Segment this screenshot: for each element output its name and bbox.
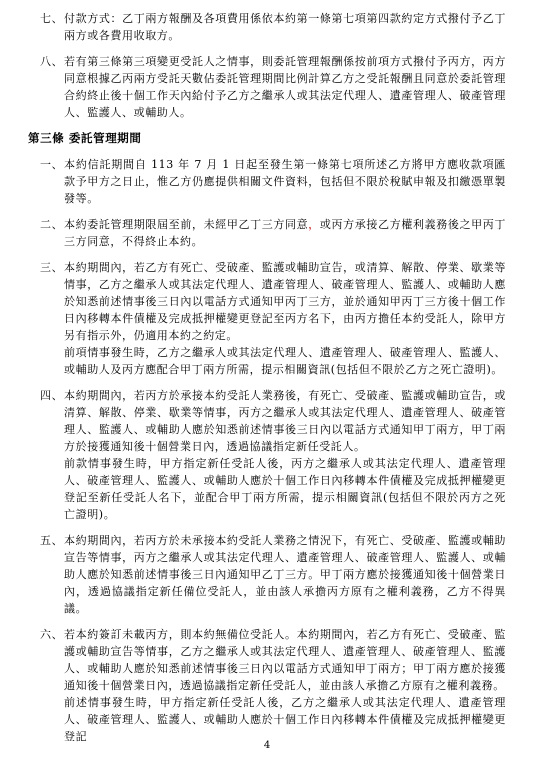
page-number: 4 <box>0 737 534 754</box>
clause-6-text: 若本約簽訂未載丙方，則本約無備位受託人。本約期間內，若乙方有死亡、受破產、監護或… <box>64 626 506 694</box>
clause-2-text-before: 本約委託管理期限屆至前，未經甲乙丁三方同意 <box>64 218 308 231</box>
section-heading: 第三條 委託管理期間 <box>28 130 506 147</box>
clause-3-subparagraph: 前項情事發生時，乙方之繼承人或其法定代理人、遺產管理人、破產管理人、監護人、或輔… <box>64 344 506 378</box>
clause-1-number: 一、 <box>40 156 63 173</box>
clause-3-text: 本約期間內，若乙方有死亡、受破產、監護或輔助宣告，或清算、解散、停業、歇業等情事… <box>64 259 506 344</box>
clause-4: 四、 本約期間內，若丙方於承接本約受託人業務後，有死亡、受破產、監護或輔助宣告，… <box>40 387 506 523</box>
clause-5: 五、 本約期間內，若丙方於未承接本約受託人業務之情況下，有死亡、受破產、監護或輔… <box>40 532 506 617</box>
clause-1: 一、 本約信託期間自 113 年 7 月 1 日起至發生第一條第七項所述乙方將甲… <box>40 156 506 207</box>
clause-3-number: 三、 <box>40 259 63 276</box>
clause-6: 六、 若本約簽訂未載丙方，則本約無備位受託人。本約期間內，若乙方有死亡、受破產、… <box>40 626 506 745</box>
clause-7-text: 付款方式：乙丁兩方報酬及各項費用係依本約第一條第七項第四款約定方式撥付予乙丁兩方… <box>64 10 506 44</box>
clause-2-text: 本約委託管理期限屆至前，未經甲乙丁三方同意，或丙方承接乙方權利義務後之甲丙丁三方… <box>64 216 506 250</box>
clause-8-text: 若有第三條第三項變更受託人之情事，則委託管理報酬係按前項方式撥付予丙方，丙方同意… <box>64 53 506 121</box>
clause-7: 七、 付款方式：乙丁兩方報酬及各項費用係依本約第一條第七項第四款約定方式撥付予乙… <box>40 10 506 44</box>
clause-4-text: 本約期間內，若丙方於承接本約受託人業務後，有死亡、受破產、監護或輔助宣告，或清算… <box>64 387 506 455</box>
document-page: 七、 付款方式：乙丁兩方報酬及各項費用係依本約第一條第七項第四款約定方式撥付予乙… <box>0 0 534 774</box>
clause-4-subparagraph: 前款情事發生時，甲方指定新任受託人後，丙方之繼承人或其法定代理人、遺產管理人、破… <box>64 455 506 523</box>
clause-2-number: 二、 <box>40 216 63 233</box>
clause-5-number: 五、 <box>40 532 63 549</box>
red-comma: ， <box>308 218 320 231</box>
clause-2: 二、 本約委託管理期限屆至前，未經甲乙丁三方同意，或丙方承接乙方權利義務後之甲丙… <box>40 216 506 250</box>
clause-6-number: 六、 <box>40 626 63 643</box>
clause-8: 八、 若有第三條第三項變更受託人之情事，則委託管理報酬係按前項方式撥付予丙方，丙… <box>40 53 506 121</box>
clause-3: 三、 本約期間內，若乙方有死亡、受破產、監護或輔助宣告，或清算、解散、停業、歇業… <box>40 259 506 378</box>
clause-8-number: 八、 <box>40 53 63 70</box>
clause-4-number: 四、 <box>40 387 63 404</box>
clause-5-text: 本約期間內，若丙方於未承接本約受託人業務之情況下，有死亡、受破產、監護或輔助宣告… <box>64 532 506 617</box>
clause-1-text: 本約信託期間自 113 年 7 月 1 日起至發生第一條第七項所述乙方將甲方應收… <box>64 156 506 207</box>
clause-7-number: 七、 <box>40 10 63 27</box>
